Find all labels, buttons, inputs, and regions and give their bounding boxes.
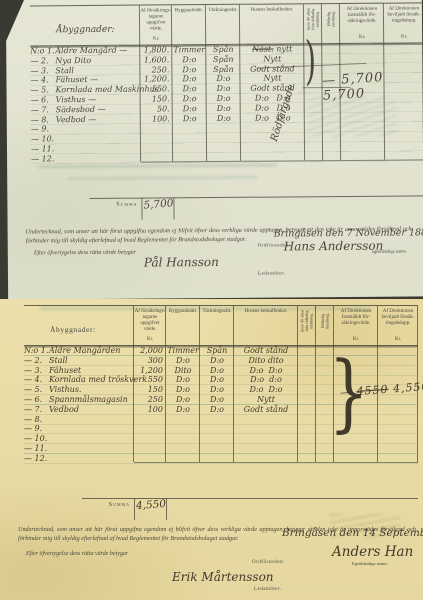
cell-d1: [341, 142, 385, 152]
cell-cond: Näst. nytt: [240, 44, 304, 54]
header-fire-interior: Eldfarlig inredning.: [316, 306, 334, 336]
cell-n1: [305, 93, 323, 103]
cell-n2: [316, 444, 334, 454]
cell-tack: [207, 133, 241, 143]
cell-cond: [234, 444, 298, 454]
cell-no: — 11.: [24, 444, 44, 454]
cell-bygg: D:o: [166, 405, 200, 415]
kr-label: Kr.: [340, 34, 384, 43]
handwritten-brace: ): [305, 31, 317, 91]
cell-no: — 11.: [31, 144, 51, 154]
cell-bygg: D:o: [166, 375, 200, 385]
cell-name: Fähuset: [44, 366, 134, 376]
cell-n2: [322, 54, 340, 64]
cell-n2: [323, 122, 341, 132]
chairman-label: Ordföranden:: [258, 243, 291, 248]
header-fire-distance: Inom 90 alnar från eldfarlig inrättning.: [298, 306, 316, 336]
cell-no: — 10.: [24, 434, 44, 444]
cell-n1: [298, 356, 316, 366]
cell-tack: [200, 424, 234, 434]
scan-edge-shadow: [0, 0, 6, 299]
cell-cond: Nytt: [234, 395, 298, 405]
table-row: — 12.: [31, 151, 423, 164]
kr-label: Kr.: [134, 336, 166, 345]
header-roofing: Täcknings­sätt.: [206, 5, 240, 35]
cell-bygg: D:o: [172, 74, 206, 84]
cell-n2: [323, 132, 341, 142]
cell-no: — 7.: [31, 105, 51, 115]
cell-cond: D:o D:o: [241, 93, 305, 103]
cell-name: [44, 444, 134, 454]
cell-no: — 2.: [24, 356, 44, 366]
cell-n1: [305, 113, 323, 123]
cell-d2: [378, 405, 418, 415]
cell-name: Kornlada med tröskverk: [44, 375, 134, 385]
approved-amounts: — 5,700 5,700: [322, 68, 423, 104]
cell-no: — 6.: [31, 95, 51, 105]
cell-cond: [241, 142, 305, 152]
header-declared-value: Af försäkrings­tagarne uppgifvet värde.: [140, 5, 172, 35]
cell-bygg: D:o: [166, 356, 200, 366]
cell-bygg: [166, 424, 200, 434]
cell-bygg: Dito: [166, 366, 200, 376]
header-declared-value: Af försäkrings­tagarne uppgifvet värde.: [134, 306, 166, 336]
chairman-label: Ordföranden:: [252, 560, 285, 565]
header-directorate-amount: Af Direktionen beviljadt försäk­ringsbel…: [378, 306, 418, 336]
table-body: N:o 1.Äldre Mangård —1,800.TimmerSpånNäs…: [30, 43, 423, 164]
cell-cond: D:o D:o: [234, 366, 298, 376]
cell-tack: D:o: [200, 356, 234, 366]
cell-name: Vedbod: [44, 405, 134, 415]
cell-val: 1,600.: [140, 55, 172, 65]
cell-d1: [334, 444, 378, 454]
cell-val: [134, 424, 166, 434]
cell-bygg: D:o: [172, 65, 206, 75]
ink-bleed-through: [37, 164, 277, 169]
cell-bygg: [166, 444, 200, 454]
chairman-signature: Pål Hansson: [144, 255, 219, 270]
cell-d1: [341, 132, 385, 142]
cell-n1: [298, 395, 316, 405]
cell-d1: [340, 44, 384, 54]
cell-d2: [385, 122, 423, 132]
header-roofing: Täcknings­sätt.: [200, 306, 234, 336]
cell-tack: D:o: [200, 385, 234, 395]
table-bottom-rule: [134, 462, 418, 463]
cell-val: [134, 415, 166, 425]
cell-n1: [298, 444, 316, 454]
cell-d2: [385, 132, 423, 142]
cell-cond: [234, 415, 298, 425]
cell-no: — 8.: [31, 115, 51, 125]
cell-name: [51, 153, 141, 164]
summa-rule: [82, 498, 418, 499]
header-directorate-value: Af Direktionen fastställdt för­säkringsv…: [340, 4, 384, 34]
table-row: — 11.: [24, 444, 418, 454]
header-construction: Byggnads­sätt.: [172, 5, 206, 35]
cell-tack: D:o: [207, 104, 241, 114]
attest-line: Efter öfvertygelse dess rätta värde bety…: [26, 551, 128, 557]
owner-signature: Hans Andersson: [284, 239, 384, 254]
cell-bygg: [166, 434, 200, 444]
cell-tack: D:o: [200, 395, 234, 405]
cell-val: 250.: [140, 65, 172, 75]
cell-no: — 7.: [24, 405, 44, 415]
cell-val: 250: [134, 395, 166, 405]
cell-tack: D:o: [206, 74, 240, 84]
signature-note: egenhändiga namn.: [372, 248, 407, 253]
cell-d2: [378, 424, 418, 434]
cell-d2: [384, 53, 423, 63]
struck-word: Näst.: [252, 45, 274, 54]
cell-d2: [385, 112, 423, 122]
cell-tack: Spån: [206, 45, 240, 55]
cell-tack: D:o: [207, 94, 241, 104]
chairman-signature: Erik Mårtensson: [172, 570, 274, 584]
members-label: Ledamöter.: [254, 587, 282, 592]
cell-cond: D:o D:o: [241, 113, 305, 123]
cell-d2: [378, 366, 418, 376]
cell-cond: Nytt: [240, 74, 304, 84]
cell-val: 100: [134, 405, 166, 415]
cell-no: — 2.: [30, 56, 50, 66]
cell-bygg: [166, 415, 200, 425]
cell-cond: D:o D:o: [241, 103, 305, 113]
cell-tack: [207, 143, 241, 153]
cell-n2: [322, 44, 340, 54]
cell-bygg: [173, 143, 207, 153]
cell-bygg: D:o: [173, 114, 207, 124]
cell-d2: [384, 43, 423, 53]
cell-bygg: [173, 133, 207, 143]
cell-name: [44, 454, 134, 464]
form-page-1: Af försäkrings­tagarne uppgifvet värde. …: [6, 0, 423, 300]
cell-val: 550: [134, 375, 166, 385]
summa-label: Summa: [75, 202, 137, 208]
cell-val: [134, 444, 166, 454]
cell-name: Stall: [44, 356, 134, 366]
cell-d1: [341, 102, 385, 112]
cell-no: N:o 1.: [24, 346, 44, 356]
header-condition: Husens beskaffenhet.: [240, 4, 304, 35]
cell-bygg: D:o: [173, 84, 207, 94]
cell-d2: [378, 444, 418, 454]
summa-rule: [89, 195, 423, 199]
cell-n1: [305, 132, 323, 142]
cell-d1: [341, 122, 385, 132]
cell-no: — 6.: [24, 395, 44, 405]
header-fire-interior: Eldfarlig inredning.: [322, 4, 340, 34]
cell-no: — 8.: [24, 415, 44, 425]
cell-n1: [298, 415, 316, 425]
cell-n2: [323, 142, 341, 152]
cell-name: [44, 415, 134, 425]
cell-tack: [207, 123, 241, 133]
cell-cond: Godt stånd: [234, 346, 298, 356]
cell-no: — 12.: [24, 454, 44, 464]
cell-no: — 3.: [24, 366, 44, 376]
cell-tack: D:o: [206, 84, 240, 94]
kr-label: Kr.: [378, 336, 418, 345]
cell-n1: [305, 142, 323, 152]
summa-value: 4,550: [132, 498, 171, 513]
cell-name: Äldre Mangården: [44, 346, 134, 356]
cell-no: — 5.: [24, 385, 44, 395]
cell-tack: Spån: [200, 346, 234, 356]
cell-cond: Nytt: [240, 54, 304, 64]
cell-no: — 4.: [30, 76, 50, 86]
cell-bygg: D:o: [173, 94, 207, 104]
cell-cond: Dito dito: [234, 356, 298, 366]
header-directorate-value: Af Direktionen fastställdt för­säkringsv…: [334, 306, 378, 336]
place-date: Bringåsen den 14 Septemb: [282, 527, 423, 539]
cell-d2: [385, 141, 423, 151]
cell-cond: [234, 434, 298, 444]
cell-name: Visthus.: [44, 385, 134, 395]
cell-bygg: D:o: [173, 104, 207, 114]
cell-tack: D:o: [200, 375, 234, 385]
final-amount: 4,550: [393, 380, 423, 396]
cell-val: [141, 143, 173, 153]
cell-no: — 9.: [31, 125, 51, 135]
header-directorate-amount: Af Direktionen beviljadt försäk­ringsbel…: [384, 3, 423, 33]
attest-line: Efter öfvertygelse dess rätta värde bety…: [34, 250, 136, 257]
cell-tack: [200, 444, 234, 454]
kr-label: Kr.: [384, 33, 423, 42]
cell-val: [134, 434, 166, 444]
cell-val: 1,800.: [140, 45, 172, 55]
cell-bygg: Timmer: [172, 45, 206, 55]
cell-val: 2,000: [134, 346, 166, 356]
cell-no: — 12.: [31, 154, 51, 164]
cell-n1: [305, 103, 323, 113]
cell-tack: Spån: [206, 64, 240, 74]
cell-name: [44, 434, 134, 444]
cell-bygg: D:o: [166, 395, 200, 405]
cell-val: [141, 124, 173, 134]
cell-no: — 10.: [31, 134, 51, 144]
header-fire-distance: Inom 90 alnar från eldfarlig inrättning.: [304, 4, 322, 34]
kr-label: Kr.: [140, 35, 172, 44]
cell-d2: [378, 434, 418, 444]
cell-no: — 4.: [24, 375, 44, 385]
cell-d2: [378, 395, 418, 405]
cell-d2: [378, 356, 418, 366]
summa-value: 5,700: [139, 197, 178, 212]
form-page-2: Af försäkrings­tagarne uppgifvet värde. …: [0, 299, 423, 600]
cell-cond: Godt stånd: [234, 405, 298, 415]
cell-tack: D:o: [200, 405, 234, 415]
cell-n1: [298, 434, 316, 444]
abyggnader-label: Åbyggnader:: [56, 25, 115, 35]
cell-tack: [200, 434, 234, 444]
cell-n1: [298, 375, 316, 385]
cell-tack: D:o: [207, 113, 241, 123]
cell-bygg: [173, 123, 207, 133]
cell-n2: [323, 103, 341, 113]
cell-val: 150: [134, 385, 166, 395]
cell-no: — 9.: [24, 424, 44, 434]
cell-val: 50.: [141, 104, 173, 114]
members-label: Ledamöter.: [258, 271, 286, 276]
cell-val: 550.: [141, 85, 173, 95]
cell-cond: D:o d:o: [234, 375, 298, 385]
cell-cond: [234, 424, 298, 434]
cell-val: 100.: [141, 114, 173, 124]
ink-bleed-through: [67, 176, 257, 180]
cell-tack: Spån: [206, 55, 240, 65]
cell-no: — 3.: [30, 66, 50, 76]
cell-n1: [298, 424, 316, 434]
cell-bygg: Timmer: [166, 346, 200, 356]
cell-d2: [378, 415, 418, 425]
cell-d2: [378, 346, 418, 356]
header-condition: Husens beskaffenhet.: [234, 306, 298, 336]
cell-val: 300: [134, 356, 166, 366]
cell-n1: [298, 366, 316, 376]
cell-bygg: D:o: [166, 385, 200, 395]
signature-note: Egenhändiga namn.: [352, 561, 388, 566]
cell-tack: [200, 415, 234, 425]
cell-name: Spannmålsmagasin: [44, 395, 134, 405]
cell-n1: [298, 385, 316, 395]
cell-n1: [298, 346, 316, 356]
cell-val: 1,200: [134, 366, 166, 376]
cell-no: — 5.: [31, 85, 51, 95]
cell-bygg: D:o: [172, 55, 206, 65]
header-empty: [24, 306, 44, 336]
header-empty: [30, 6, 50, 36]
abyggnader-label: Åbyggnader:: [50, 325, 96, 334]
summa-label: Summa: [68, 502, 130, 508]
cell-n1: [305, 123, 323, 133]
owner-signature: Anders Han: [332, 544, 413, 560]
cell-val: 1,200.: [140, 75, 172, 85]
cell-cond: D:o D:o: [234, 385, 298, 395]
cell-d2: [385, 102, 423, 112]
cell-d1: [341, 112, 385, 122]
cell-n1: [298, 405, 316, 415]
header-construction: Byggnads­sätt.: [166, 306, 200, 336]
cell-tack: D:o: [200, 366, 234, 376]
cell-val: [141, 134, 173, 144]
cell-val: 150.: [141, 94, 173, 104]
cell-name: [44, 424, 134, 434]
place-date: Bringåsen den 7 November 1883.: [274, 227, 423, 239]
cell-n2: [323, 113, 341, 123]
struck-amount: 4550: [356, 383, 389, 398]
cell-no: N:o 1.: [30, 46, 50, 56]
